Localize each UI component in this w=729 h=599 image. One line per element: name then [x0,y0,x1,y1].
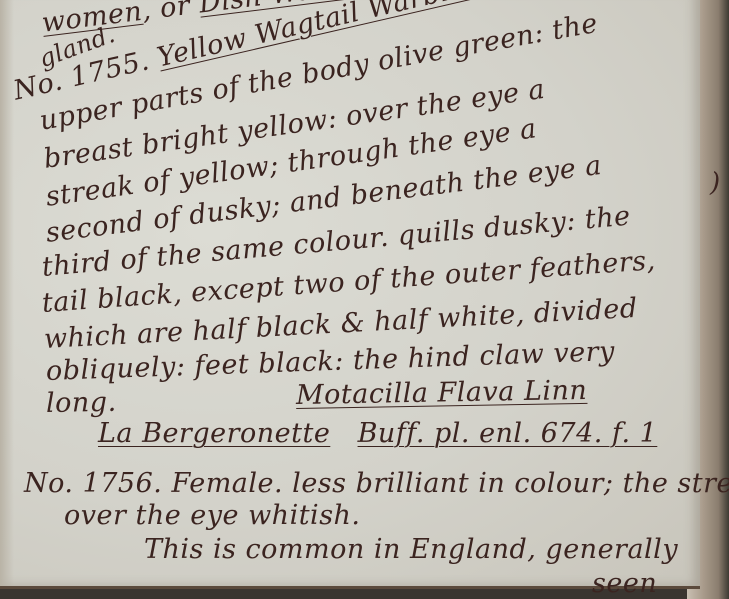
note-line-0: This is common in England, generally [144,534,678,565]
latin-name: Motacilla Flava Linn [296,375,588,411]
reference-line: La Bergeronette Buff. pl. enl. 674. f. 1 [98,418,657,449]
note-line-1: seen [592,568,657,599]
manuscript-page: women, or Dish Wash gland. No. 1755. Yel… [0,0,700,589]
entry-number-1756: No. 1756. [24,468,162,499]
page-edge-shadow [0,0,14,586]
reference-citation: Buff. pl. enl. 674. f. 1 [358,418,658,449]
entry-1755-line-9: long. [46,387,117,419]
reference-name: La Bergeronette [98,418,330,449]
entry-1756-line-0: No. 1756. Female. less brilliant in colo… [24,468,729,499]
entry-1756-text-0: Female. less brilliant in colour; the st… [171,468,729,499]
margin-bracket-mark: ) [710,168,720,198]
entry-1756-line-1: over the eye whitish. [64,500,361,531]
word-or: , or [140,0,192,27]
